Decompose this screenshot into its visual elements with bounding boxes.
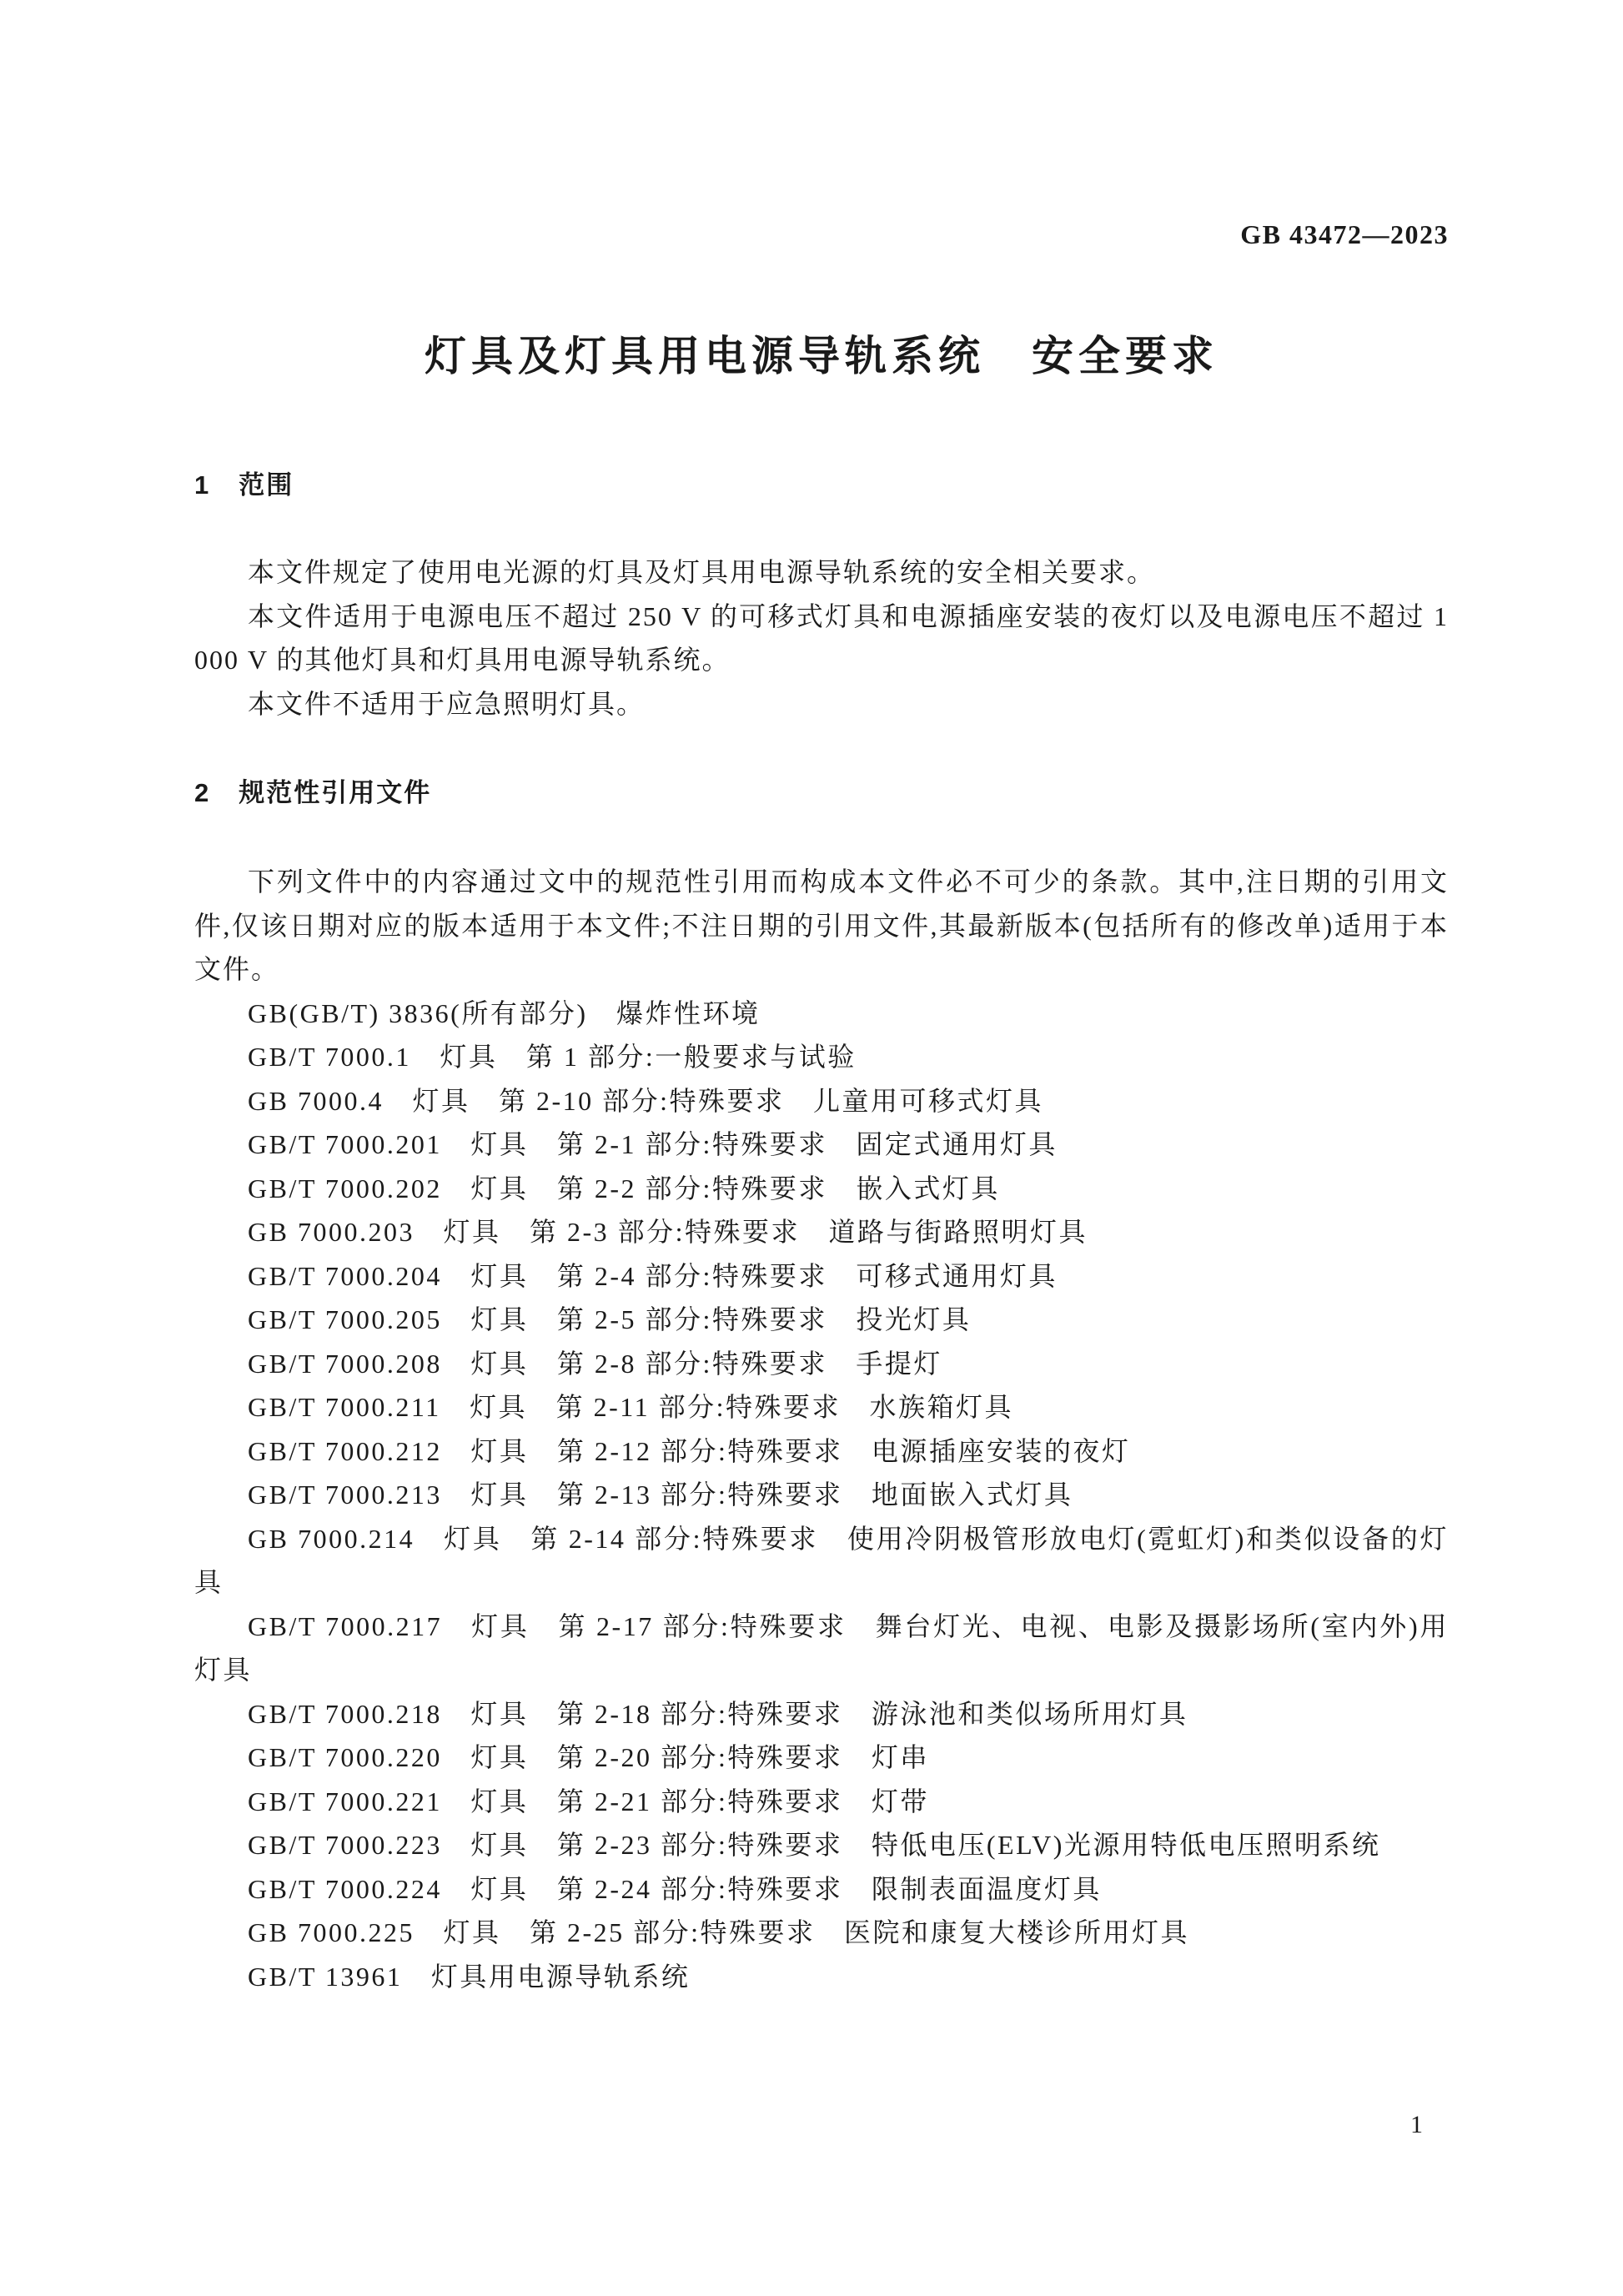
reference-entry: GB/T 7000.205 灯具 第 2-5 部分:特殊要求 投光灯具 bbox=[194, 1298, 1449, 1342]
body-paragraph: 下列文件中的内容通过文中的规范性引用而构成本文件必不可少的条款。其中,注日期的引… bbox=[194, 860, 1449, 992]
reference-entry: GB/T 7000.204 灯具 第 2-4 部分:特殊要求 可移式通用灯具 bbox=[194, 1254, 1449, 1299]
reference-entry: GB/T 7000.211 灯具 第 2-11 部分:特殊要求 水族箱灯具 bbox=[194, 1385, 1449, 1429]
reference-entry: GB/T 7000.221 灯具 第 2-21 部分:特殊要求 灯带 bbox=[194, 1780, 1449, 1824]
section-1-number: 1 bbox=[194, 469, 210, 502]
reference-entry: GB/T 13961 灯具用电源导轨系统 bbox=[194, 1955, 1449, 1999]
body-paragraph: 本文件不适用于应急照明灯具。 bbox=[194, 682, 1449, 726]
reference-entry: GB 7000.203 灯具 第 2-3 部分:特殊要求 道路与街路照明灯具 bbox=[194, 1210, 1449, 1254]
body-paragraph: 本文件规定了使用电光源的灯具及灯具用电源导轨系统的安全相关要求。 bbox=[194, 550, 1449, 595]
reference-entry: GB/T 7000.208 灯具 第 2-8 部分:特殊要求 手提灯 bbox=[194, 1342, 1449, 1386]
section-2-paragraphs: 下列文件中的内容通过文中的规范性引用而构成本文件必不可少的条款。其中,注日期的引… bbox=[194, 860, 1449, 992]
reference-entry: GB(GB/T) 3836(所有部分) 爆炸性环境 bbox=[194, 992, 1449, 1036]
page-number: 1 bbox=[1410, 2108, 1423, 2142]
section-2-heading: 2规范性引用文件 bbox=[194, 776, 1449, 810]
body-paragraph: 本文件适用于电源电压不超过 250 V 的可移式灯具和电源插座安装的夜灯以及电源… bbox=[194, 595, 1449, 682]
normative-reference-list: GB(GB/T) 3836(所有部分) 爆炸性环境GB/T 7000.1 灯具 … bbox=[194, 992, 1449, 1999]
section-1-heading: 1范围 bbox=[194, 469, 1449, 502]
reference-entry: GB/T 7000.212 灯具 第 2-12 部分:特殊要求 电源插座安装的夜… bbox=[194, 1429, 1449, 1474]
reference-entry: GB/T 7000.224 灯具 第 2-24 部分:特殊要求 限制表面温度灯具 bbox=[194, 1867, 1449, 1912]
section-1-paragraphs: 本文件规定了使用电光源的灯具及灯具用电源导轨系统的安全相关要求。本文件适用于电源… bbox=[194, 550, 1449, 726]
section-2-number: 2 bbox=[194, 776, 210, 810]
reference-entry: GB/T 7000.217 灯具 第 2-17 部分:特殊要求 舞台灯光、电视、… bbox=[194, 1605, 1449, 1692]
standard-number: GB 43472—2023 bbox=[194, 219, 1449, 249]
reference-entry: GB/T 7000.218 灯具 第 2-18 部分:特殊要求 游泳池和类似场所… bbox=[194, 1692, 1449, 1736]
document-title: 灯具及灯具用电源导轨系统 安全要求 bbox=[194, 329, 1449, 384]
reference-entry: GB/T 7000.223 灯具 第 2-23 部分:特殊要求 特低电压(ELV… bbox=[194, 1823, 1449, 1867]
section-2-title: 规范性引用文件 bbox=[239, 778, 431, 807]
reference-entry: GB 7000.225 灯具 第 2-25 部分:特殊要求 医院和康复大楼诊所用… bbox=[194, 1911, 1449, 1955]
reference-entry: GB 7000.4 灯具 第 2-10 部分:特殊要求 儿童用可移式灯具 bbox=[194, 1079, 1449, 1123]
reference-entry: GB/T 7000.220 灯具 第 2-20 部分:特殊要求 灯串 bbox=[194, 1736, 1449, 1780]
document-page: GB 43472—2023 灯具及灯具用电源导轨系统 安全要求 1范围 本文件规… bbox=[0, 0, 1623, 2296]
reference-entry: GB/T 7000.1 灯具 第 1 部分:一般要求与试验 bbox=[194, 1035, 1449, 1079]
reference-entry: GB/T 7000.201 灯具 第 2-1 部分:特殊要求 固定式通用灯具 bbox=[194, 1123, 1449, 1167]
reference-entry: GB/T 7000.202 灯具 第 2-2 部分:特殊要求 嵌入式灯具 bbox=[194, 1167, 1449, 1211]
reference-entry: GB/T 7000.213 灯具 第 2-13 部分:特殊要求 地面嵌入式灯具 bbox=[194, 1473, 1449, 1517]
reference-entry: GB 7000.214 灯具 第 2-14 部分:特殊要求 使用冷阴极管形放电灯… bbox=[194, 1517, 1449, 1605]
section-1-title: 范围 bbox=[239, 470, 294, 500]
